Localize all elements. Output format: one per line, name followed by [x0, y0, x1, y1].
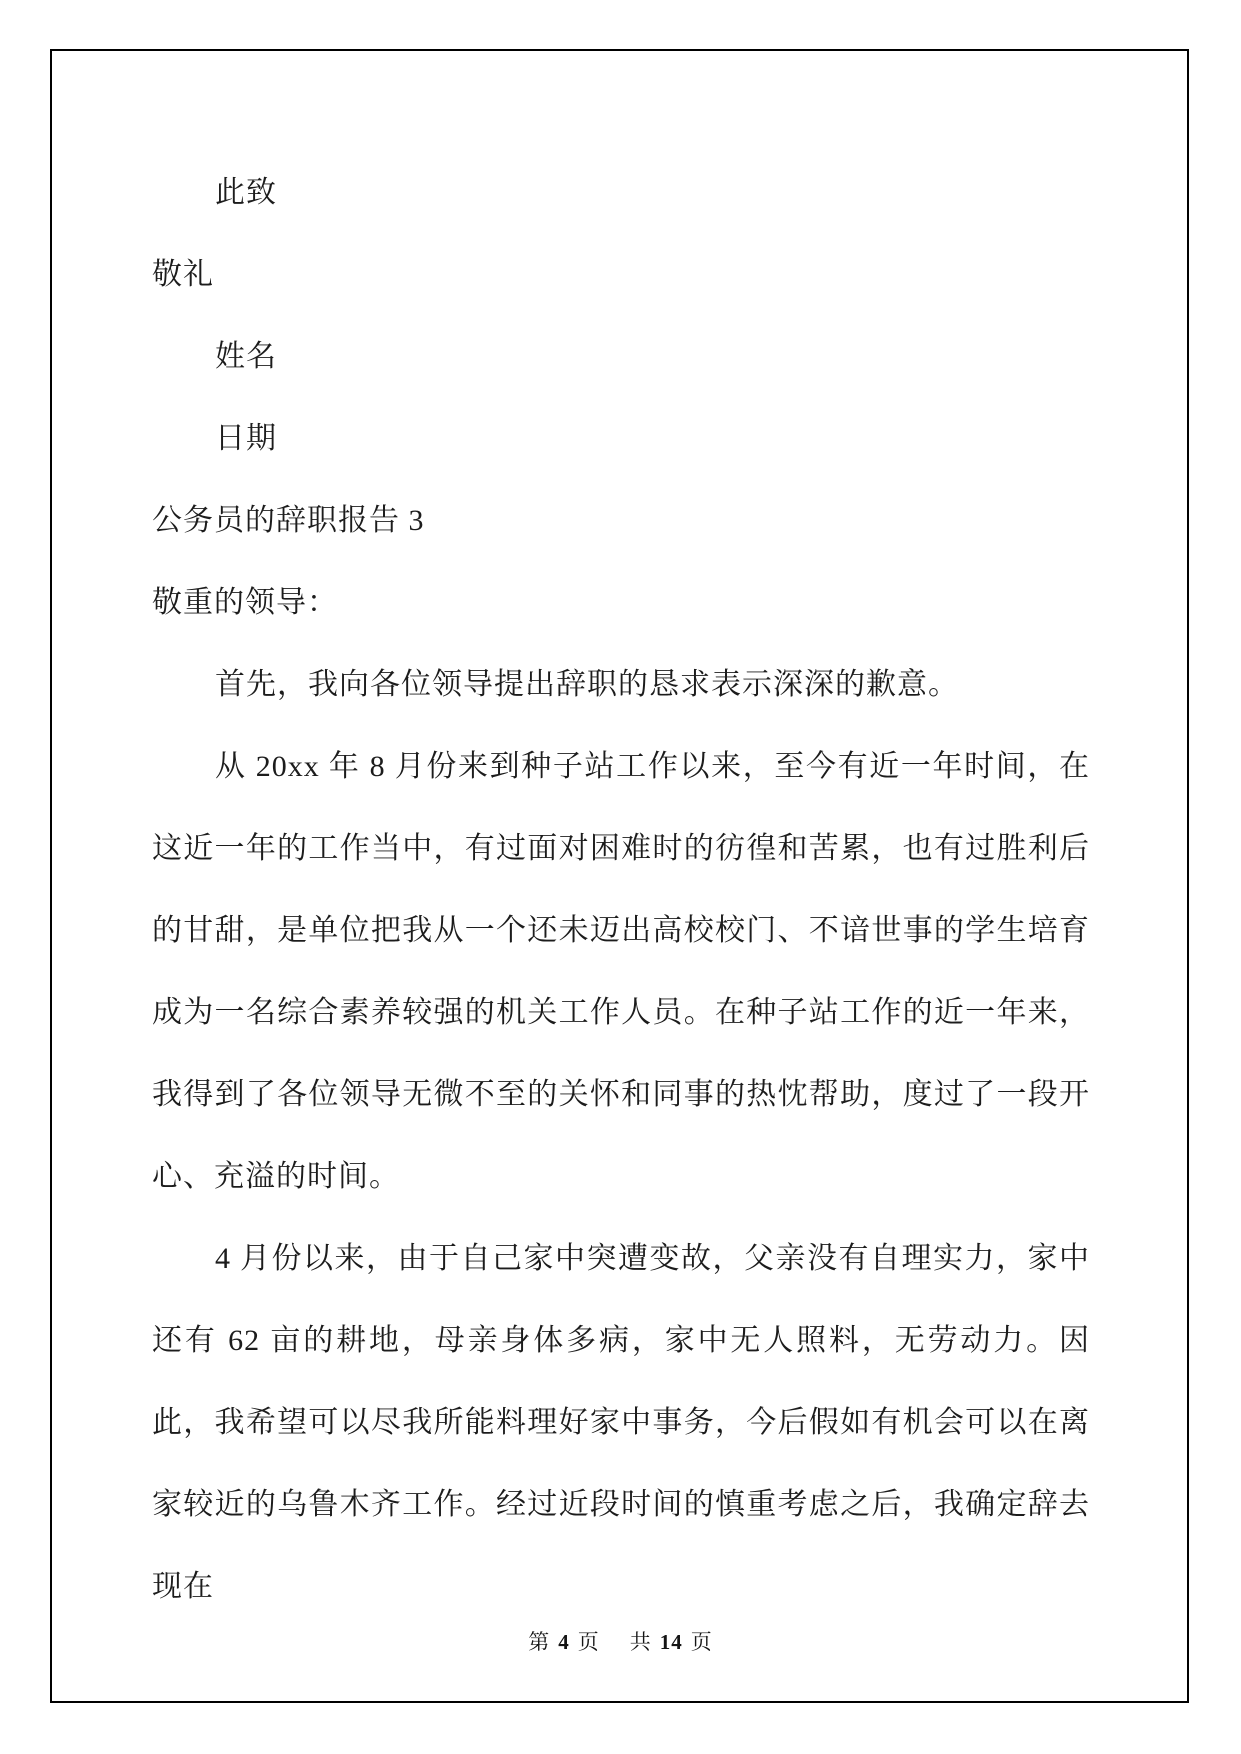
footer-page-unit: 页	[578, 1630, 600, 1654]
total-pages: 14	[660, 1630, 683, 1654]
footer-page-prefix: 第	[528, 1630, 550, 1654]
salutation-regards: 敬礼	[152, 234, 1090, 316]
signature-date-placeholder: 日期	[152, 398, 1090, 480]
footer-total-prefix: 共	[630, 1630, 652, 1654]
recipient-salutation: 敬重的领导：	[152, 562, 1090, 644]
paragraph-family-reasons: 4 月份以来，由于自己家中突遭变故，父亲没有自理实力，家中还有 62 亩的耕地，…	[152, 1218, 1090, 1628]
page-number: 4	[558, 1630, 570, 1654]
document-page: 此致 敬礼 姓名 日期 公务员的辞职报告 3 敬重的领导： 首先，我向各位领导提…	[0, 0, 1241, 1754]
document-body: 此致 敬礼 姓名 日期 公务员的辞职报告 3 敬重的领导： 首先，我向各位领导提…	[152, 152, 1090, 1628]
footer-total-unit: 页	[691, 1630, 713, 1654]
page-footer: 第4页共14页	[0, 1626, 1241, 1656]
paragraph-work-review: 从 20xx 年 8 月份来到种子站工作以来，至今有近一年时间，在这近一年的工作…	[152, 726, 1090, 1218]
paragraph-apology: 首先，我向各位领导提出辞职的恳求表示深深的歉意。	[152, 644, 1090, 726]
signature-name-placeholder: 姓名	[152, 316, 1090, 398]
closing-salutation: 此致	[152, 152, 1090, 234]
section-title: 公务员的辞职报告 3	[152, 480, 1090, 562]
